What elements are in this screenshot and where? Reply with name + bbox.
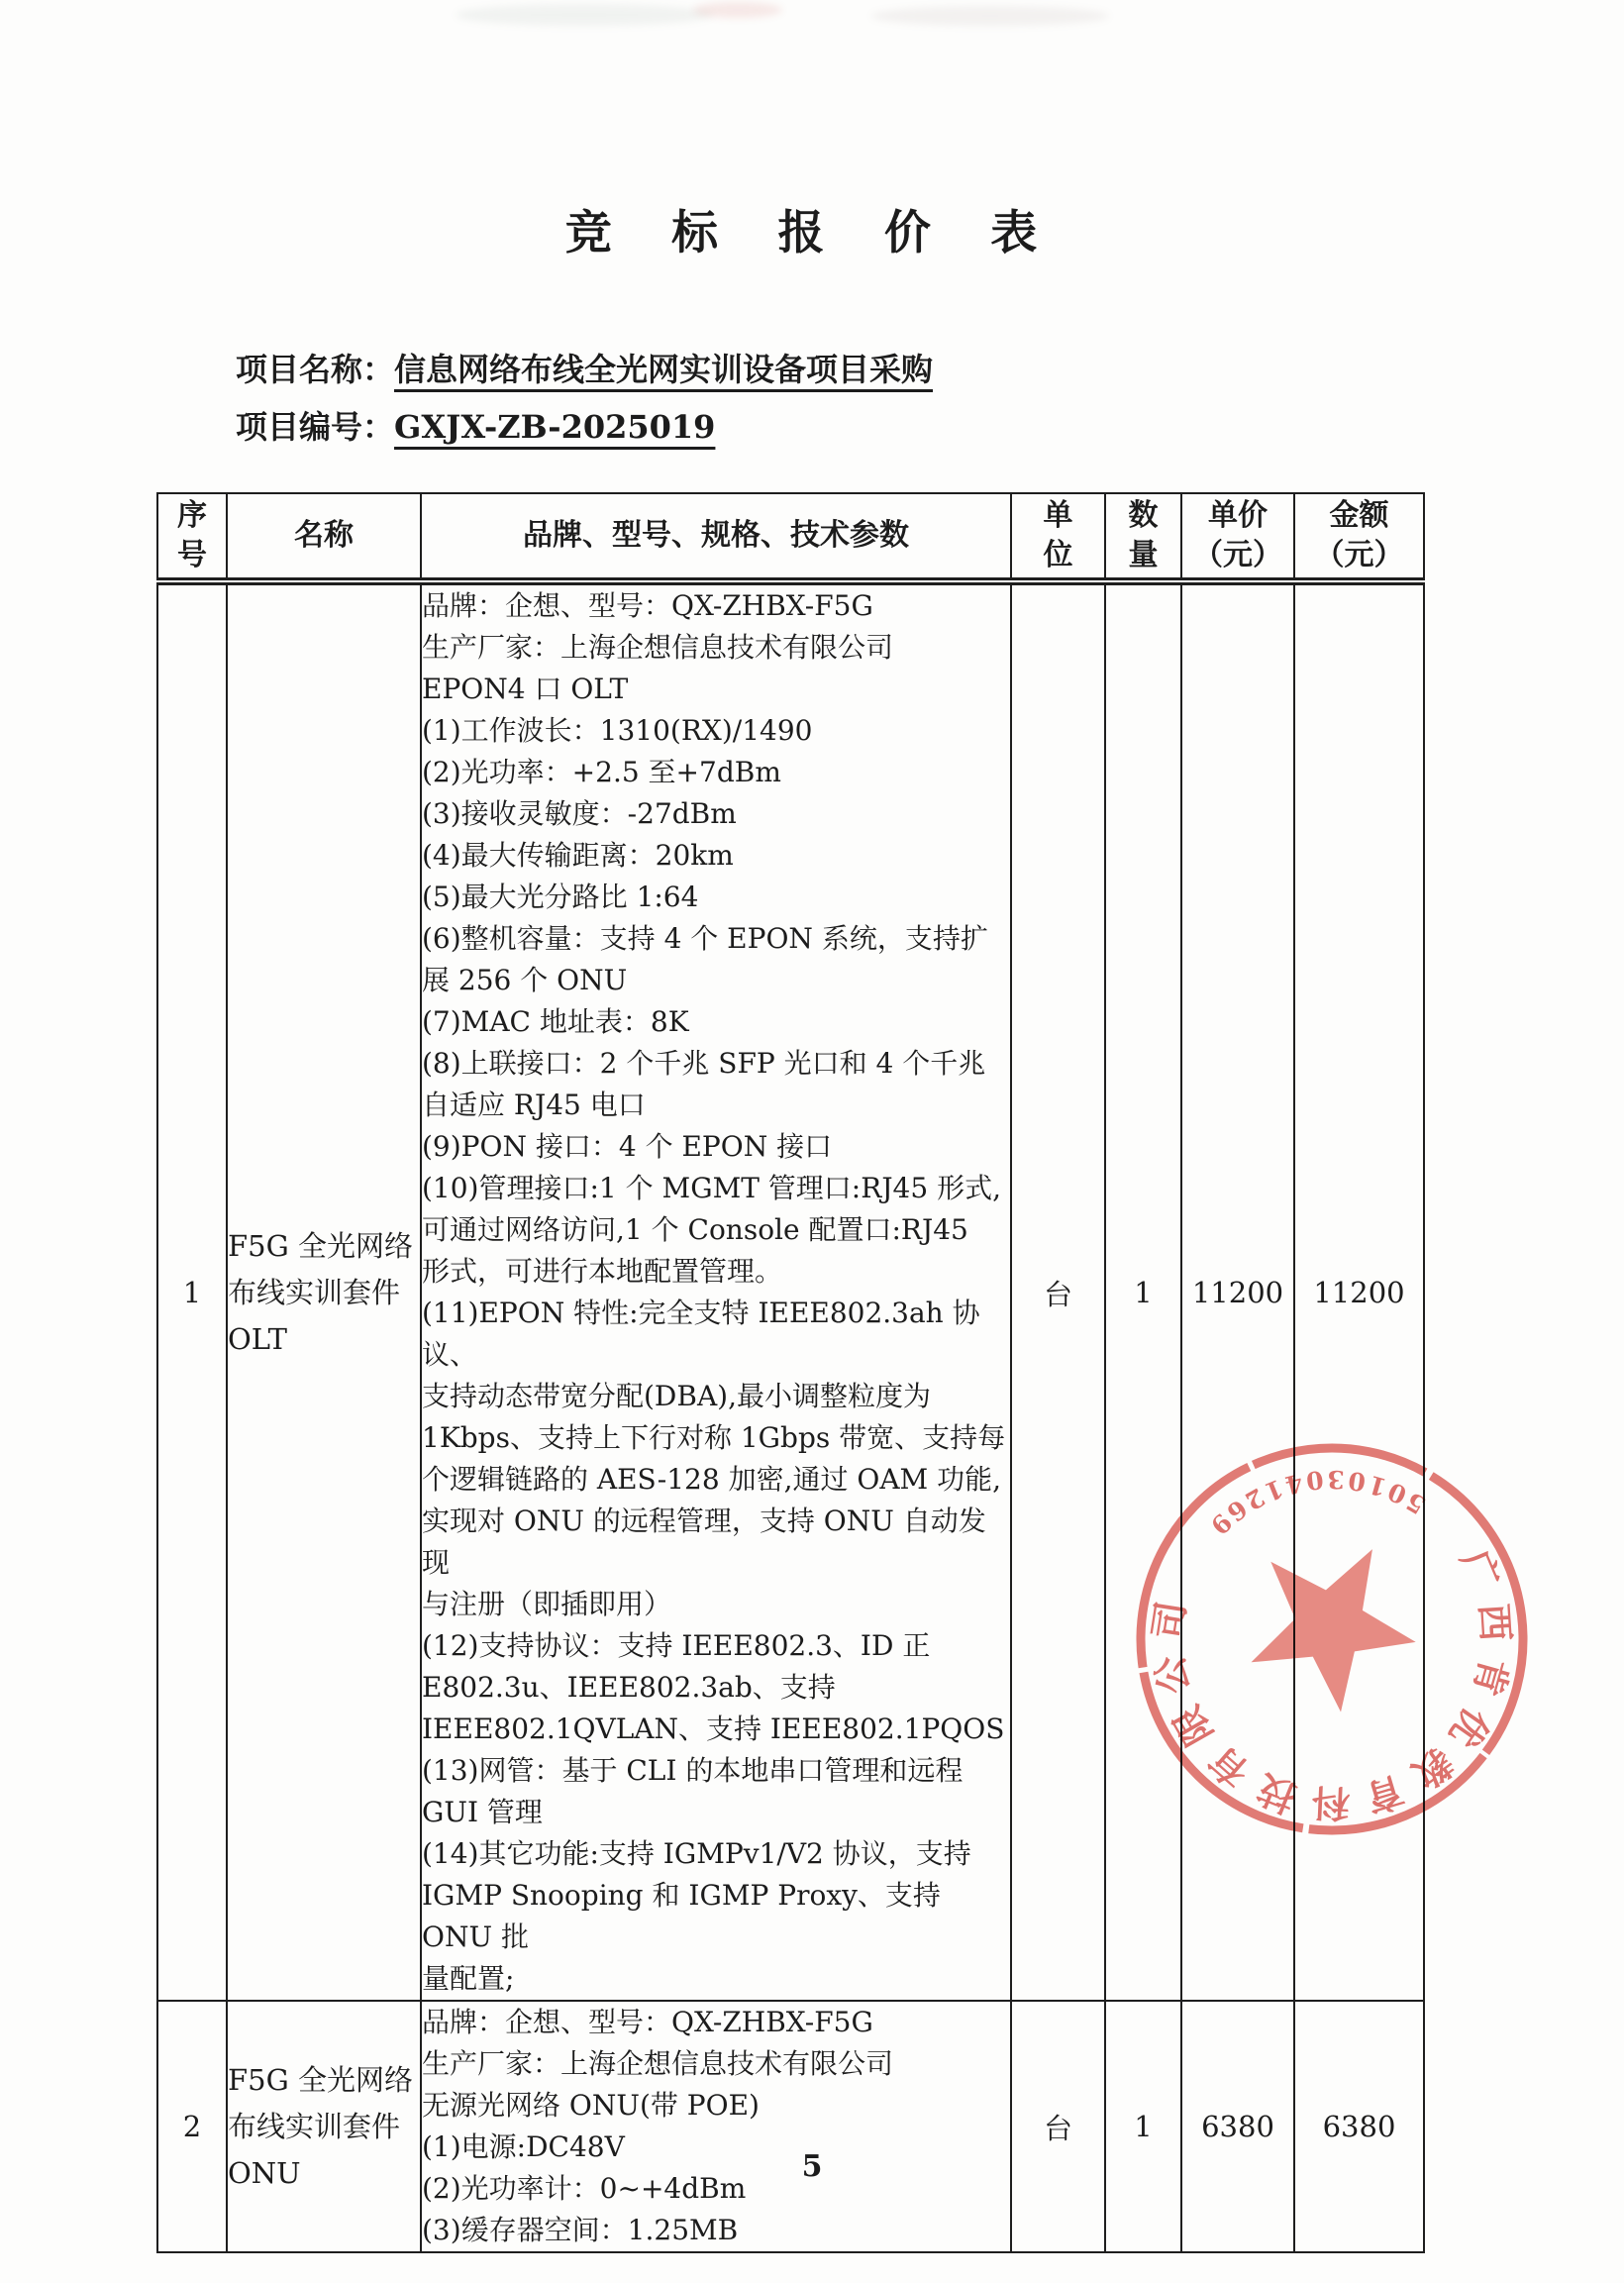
row-item-name: F5G 全光网络布线实训套件 ONU: [227, 2001, 421, 2252]
table-row: 1 F5G 全光网络布线实训套件 OLT 品牌：企想、型号：QX-ZHBX-F5…: [157, 581, 1424, 2001]
scanned-document-page: 竞 标 报 价 表 项目名称：信息网络布线全光网实训设备项目采购 项目编号：GX…: [0, 0, 1624, 2283]
row-amount: 11200: [1294, 581, 1424, 2001]
header-spec: 品牌、型号、规格、技术参数: [421, 493, 1011, 581]
header-unit-price: 单价 （元）: [1181, 493, 1294, 581]
row-no: 1: [157, 581, 227, 2001]
header-unit: 单 位: [1011, 493, 1105, 581]
row-qty: 1: [1105, 581, 1181, 2001]
header-qty: 数 量: [1105, 493, 1181, 581]
row-amount: 6380: [1294, 2001, 1424, 2252]
project-number-label: 项目编号：: [236, 408, 394, 446]
row-unit: 台: [1011, 581, 1105, 2001]
table-header-row: 序 号 名称 品牌、型号、规格、技术参数 单 位 数 量 单价 （元） 金额 （…: [157, 493, 1424, 581]
header-name: 名称: [227, 493, 421, 581]
scan-artifact: [871, 6, 1109, 26]
scan-artifact: [456, 4, 713, 26]
project-name-value: 信息网络布线全光网实训设备项目采购: [394, 351, 939, 388]
row-no: 2: [157, 2001, 227, 2252]
row-spec-text: 品牌：企想、型号：QX-ZHBX-F5G 生产厂家：上海企想信息技术有限公司 无…: [421, 2001, 1011, 2252]
row-item-name: F5G 全光网络布线实训套件 OLT: [227, 581, 421, 2001]
header-amount: 金额 （元）: [1294, 493, 1424, 581]
table-row: 2 F5G 全光网络布线实训套件 ONU 品牌：企想、型号：QX-ZHBX-F5…: [157, 2001, 1424, 2252]
project-name-label: 项目名称：: [236, 351, 394, 388]
row-unit: 台: [1011, 2001, 1105, 2252]
row-unit-price: 11200: [1181, 581, 1294, 2001]
scan-artifact: [693, 2, 782, 18]
row-spec-text: 品牌：企想、型号：QX-ZHBX-F5G 生产厂家：上海企想信息技术有限公司 E…: [421, 581, 1011, 2001]
project-name-row: 项目名称：信息网络布线全光网实训设备项目采购: [236, 345, 939, 390]
page-number: 5: [0, 2149, 1624, 2184]
document-title: 竞 标 报 价 表: [0, 196, 1624, 262]
row-unit-price: 6380: [1181, 2001, 1294, 2252]
header-no: 序 号: [157, 493, 227, 581]
project-number-value: GXJX-ZB-2025019: [394, 408, 721, 446]
quotation-table: 序 号 名称 品牌、型号、规格、技术参数 单 位 数 量 单价 （元） 金额 （…: [156, 492, 1425, 2253]
project-number-row: 项目编号：GXJX-ZB-2025019: [236, 402, 721, 448]
row-qty: 1: [1105, 2001, 1181, 2252]
